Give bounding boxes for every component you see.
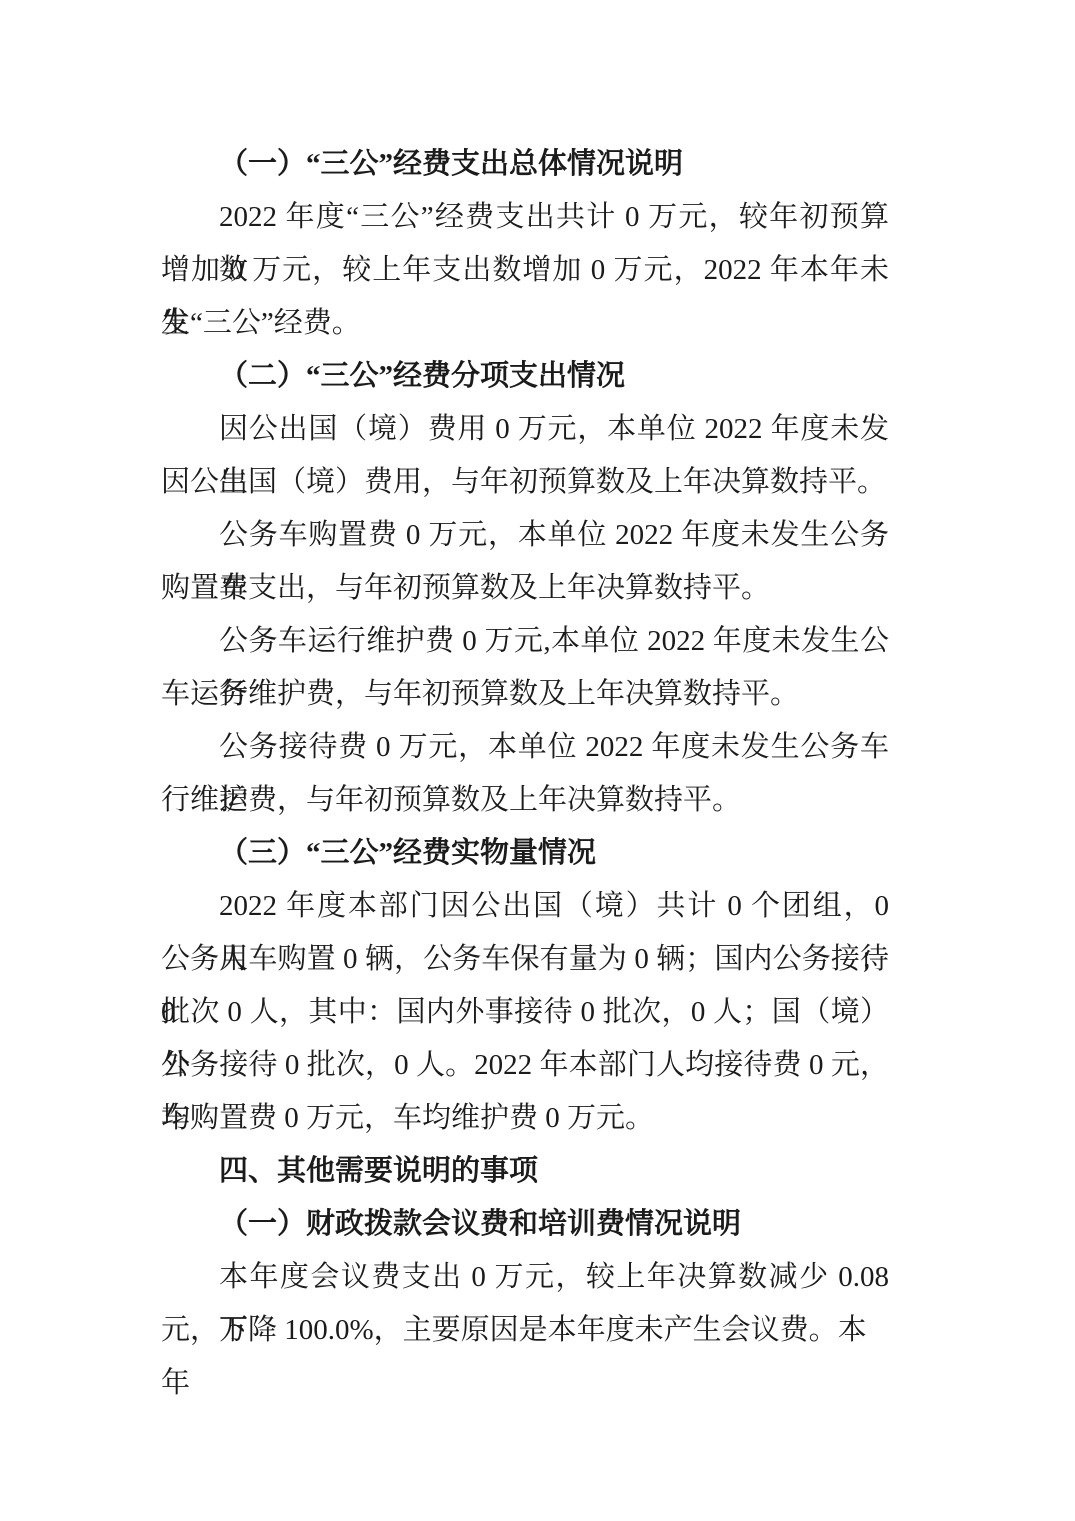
paragraph: 2022 年度本部门因公出国（境）共计 0 个团组，0 人；公务用车购置 0 辆… bbox=[161, 880, 889, 1145]
heading-text: （一）“三公”经费支出总体情况说明 bbox=[161, 138, 889, 191]
paragraph: 公务接待费 0 万元，本单位 2022 年度未发生公务车运行维护费，与年初预算数… bbox=[161, 721, 889, 827]
section-heading: （一）财政拨款会议费和培训费情况说明 bbox=[161, 1198, 889, 1251]
text-line: 公务接待费 0 万元，本单位 2022 年度未发生公务车运 bbox=[161, 721, 889, 774]
paragraph: 本年度会议费支出 0 万元，较上年决算数减少 0.08 万元，下降 100.0%… bbox=[161, 1251, 889, 1357]
text-line: 公务车购置费 0 万元，本单位 2022 年度未发生公务车 bbox=[161, 509, 889, 562]
text-line: 元，下降 100.0%，主要原因是本年度未产生会议费。本年 bbox=[161, 1304, 889, 1357]
major-section-heading: 四、其他需要说明的事项 bbox=[161, 1145, 889, 1198]
text-line: 车运行维护费，与年初预算数及上年决算数持平。 bbox=[161, 668, 889, 721]
text-line: 本年度会议费支出 0 万元，较上年决算数减少 0.08 万 bbox=[161, 1251, 889, 1304]
text-line: 生“三公”经费。 bbox=[161, 297, 889, 350]
heading-text: （二）“三公”经费分项支出情况 bbox=[161, 350, 889, 403]
text-line: 行维护费，与年初预算数及上年决算数持平。 bbox=[161, 774, 889, 827]
heading-text: 四、其他需要说明的事项 bbox=[161, 1145, 889, 1198]
paragraph: 因公出国（境）费用 0 万元，本单位 2022 年度未发生因公出国（境）费用，与… bbox=[161, 403, 889, 509]
section-heading: （一）“三公”经费支出总体情况说明 bbox=[161, 138, 889, 191]
text-line: 公务用车购置 0 辆，公务车保有量为 0 辆；国内公务接待 0 bbox=[161, 933, 889, 986]
text-line: 2022 年度“三公”经费支出共计 0 万元，较年初预算数 bbox=[161, 191, 889, 244]
text-line: 2022 年度本部门因公出国（境）共计 0 个团组，0 人； bbox=[161, 880, 889, 933]
text-line: 因公出国（境）费用，与年初预算数及上年决算数持平。 bbox=[161, 456, 889, 509]
paragraph: 公务车运行维护费 0 万元,本单位 2022 年度未发生公务车运行维护费，与年初… bbox=[161, 615, 889, 721]
text-line: 批次 0 人，其中：国内外事接待 0 批次，0 人；国（境）外 bbox=[161, 986, 889, 1039]
document-content: （一）“三公”经费支出总体情况说明2022 年度“三公”经费支出共计 0 万元，… bbox=[161, 138, 889, 1357]
document-page: （一）“三公”经费支出总体情况说明2022 年度“三公”经费支出共计 0 万元，… bbox=[0, 0, 1075, 1521]
text-line: 公务车运行维护费 0 万元,本单位 2022 年度未发生公务 bbox=[161, 615, 889, 668]
section-heading: （三）“三公”经费实物量情况 bbox=[161, 827, 889, 880]
text-line: 因公出国（境）费用 0 万元，本单位 2022 年度未发生 bbox=[161, 403, 889, 456]
paragraph: 公务车购置费 0 万元，本单位 2022 年度未发生公务车购置费支出，与年初预算… bbox=[161, 509, 889, 615]
paragraph: 2022 年度“三公”经费支出共计 0 万元，较年初预算数增加 0 万元，较上年… bbox=[161, 191, 889, 350]
heading-text: （一）财政拨款会议费和培训费情况说明 bbox=[161, 1198, 889, 1251]
text-line: 增加 0 万元，较上年支出数增加 0 万元，2022 年本年未发 bbox=[161, 244, 889, 297]
heading-text: （三）“三公”经费实物量情况 bbox=[161, 827, 889, 880]
text-line: 公务接待 0 批次，0 人。2022 年本部门人均接待费 0 元，车 bbox=[161, 1039, 889, 1092]
text-line: 购置费支出，与年初预算数及上年决算数持平。 bbox=[161, 562, 889, 615]
text-line: 均购置费 0 万元，车均维护费 0 万元。 bbox=[161, 1092, 889, 1145]
section-heading: （二）“三公”经费分项支出情况 bbox=[161, 350, 889, 403]
